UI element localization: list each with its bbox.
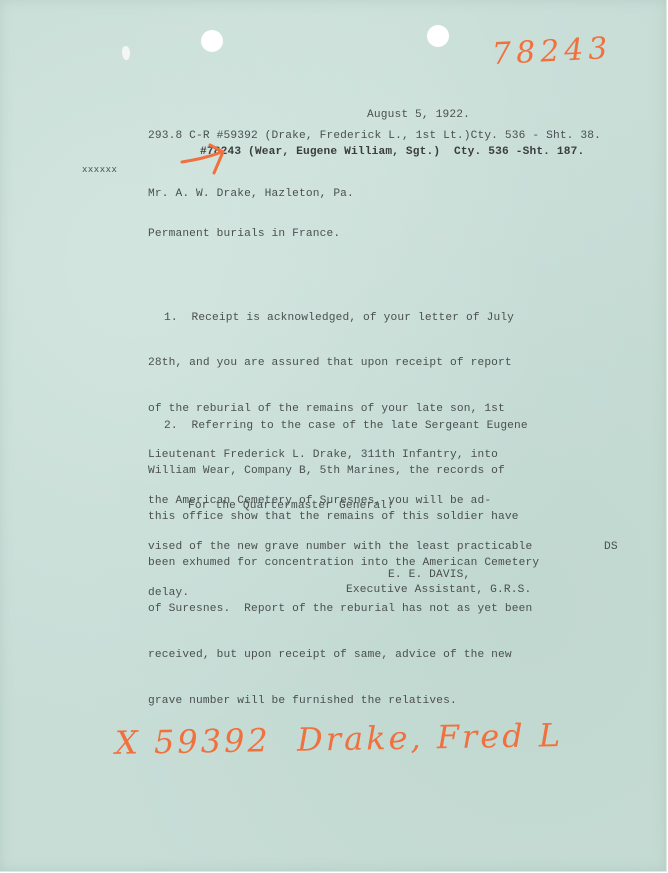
signer-title: Executive Assistant, G.R.S. bbox=[346, 583, 531, 598]
paragraph-1-line: 1. Receipt is acknowledged, of your lett… bbox=[148, 311, 532, 326]
reference-line-wear: #78243 (Wear, Eugene William, Sgt.) Cty.… bbox=[200, 145, 584, 160]
typist-initials: DS bbox=[604, 540, 618, 555]
paper-tear-mark bbox=[122, 46, 130, 60]
paragraph-2: 2. Referring to the case of the late Ser… bbox=[148, 388, 539, 740]
closing-line: For the Quartermaster General: bbox=[188, 499, 394, 514]
punch-hole-right bbox=[427, 25, 449, 47]
letter-date: August 5, 1922. bbox=[367, 108, 470, 123]
document-page: 78243 August 5, 1922. 293.8 C-R #59392 (… bbox=[0, 0, 667, 872]
subject-line: Permanent burials in France. bbox=[148, 227, 340, 242]
handwritten-bottom-note: X 59392 Drake, Fred L bbox=[115, 716, 564, 762]
margin-mark: xxxxxx bbox=[82, 163, 117, 178]
paragraph-2-line: received, but upon receipt of same, advi… bbox=[148, 648, 539, 663]
orange-arrow-icon bbox=[180, 140, 230, 176]
punch-hole-left bbox=[201, 30, 223, 52]
paragraph-1-line: 28th, and you are assured that upon rece… bbox=[148, 356, 532, 371]
handwritten-file-number: 78243 bbox=[491, 31, 613, 72]
paragraph-2-line: been exhumed for concentration into the … bbox=[148, 556, 539, 571]
paragraph-2-line: William Wear, Company B, 5th Marines, th… bbox=[148, 464, 539, 479]
paragraph-2-line: 2. Referring to the case of the late Ser… bbox=[148, 419, 539, 434]
signer-name: E. E. DAVIS, bbox=[388, 568, 470, 583]
paragraph-2-line: grave number will be furnished the relat… bbox=[148, 694, 539, 709]
paragraph-2-line: of Suresnes. Report of the reburial has … bbox=[148, 602, 539, 617]
addressee: Mr. A. W. Drake, Hazleton, Pa. bbox=[148, 187, 354, 202]
